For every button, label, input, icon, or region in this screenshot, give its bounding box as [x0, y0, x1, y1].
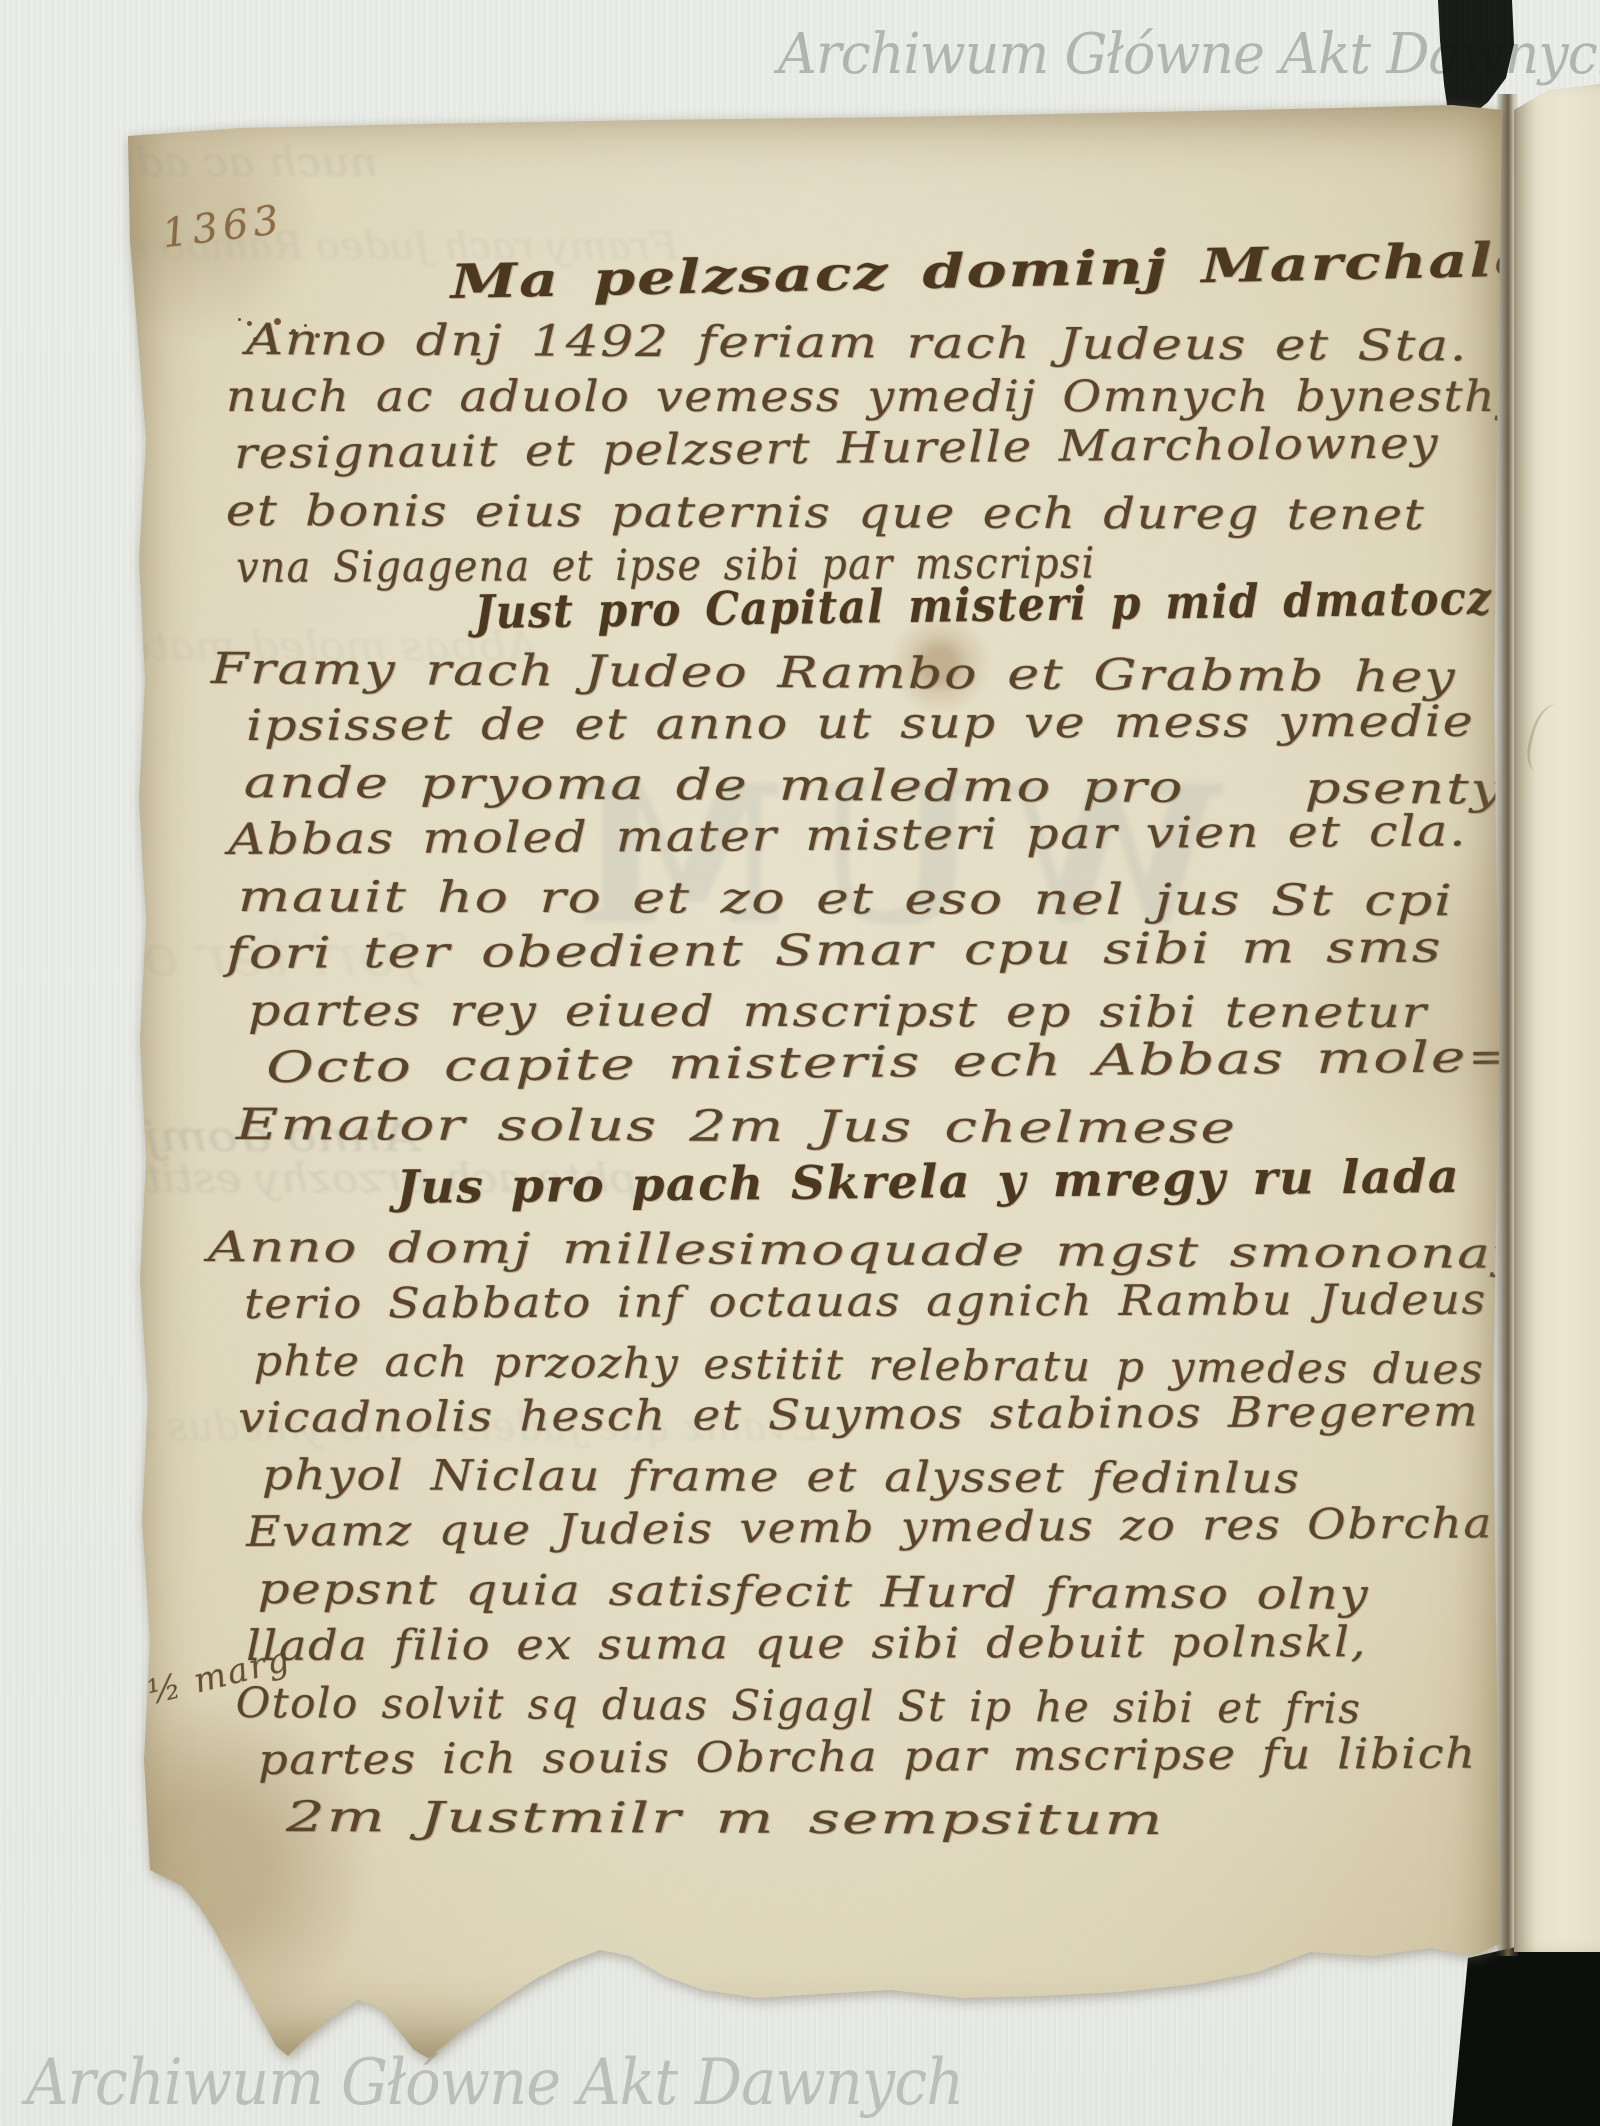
manuscript-line: Jus pro pach Skrela y mregy ru lada — [396, 1149, 1460, 1214]
manuscript-line: Ma pelzsacz dominj Marchalowna — [450, 229, 1600, 310]
bleedthrough-ghost-line: nuch ac aduolo vemess ymedij Omnych byne… — [0, 140, 378, 186]
adjacent-page-edge — [1514, 84, 1600, 1952]
manuscript-line: 2m Justmilr m sempsitum — [286, 1792, 1165, 1844]
manuscript-line: Abbas moled mater misteri par vien et cl… — [228, 806, 1467, 865]
manuscript-line: phte ach przozhy estitit relebratu p yme… — [254, 1336, 1485, 1394]
binding-gutter — [1496, 94, 1518, 1956]
manuscript-line: mauit ho ro et zo et eso nel jus St cpi — [238, 872, 1454, 926]
manuscript-line: resignauit et pelzsert Hurelle Marcholow… — [234, 418, 1439, 479]
manuscript-page: WUM nuch ac aduolo vemess ymedij Omnych … — [118, 104, 1510, 2064]
manuscript-line: partes ich souis Obrcha par mscripse fu … — [258, 1729, 1477, 1784]
manuscript-line: et bonis eius paternis que ech dureg ten… — [226, 486, 1426, 540]
manuscript-line: Framy rach Judeo Rambo et Grabmb hey pm — [211, 644, 1600, 704]
adjacent-page-mark — [1522, 701, 1575, 778]
manuscript-line: Anno dnj 1492 feriam rach Judeus et Sta. — [246, 315, 1468, 371]
manuscript-line: llada filio ex suma que sibi debuit poln… — [246, 1617, 1367, 1670]
manuscript-line: pepsnt quia satisfecit Hurd framso olny — [258, 1564, 1370, 1619]
bottom-watermark: Archiwum Główne Akt Dawnych — [26, 2046, 963, 2120]
folio-number: 1363 — [160, 197, 286, 258]
manuscript-line: nuch ac aduolo vemess ymedij Omnych byne… — [226, 372, 1525, 422]
manuscript-line: vicadnolis hesch et Suymos stabinos Breg… — [238, 1387, 1479, 1442]
manuscript-line: ipsisset de et anno ut sup ve mess ymedi… — [246, 697, 1475, 751]
manuscript-line: phyol Niclau frame et alysset fedinlus — [262, 1450, 1301, 1503]
manuscript-line: Emator solus 2m Jus chelmese — [236, 1100, 1237, 1153]
manuscript-line: terio Sabbato inf octauas agnich Rambu J… — [244, 1275, 1487, 1328]
ink-spatter — [238, 318, 241, 321]
manuscript-line: Octo capite misteris ech Abbas mole= — [266, 1032, 1518, 1093]
manuscript-line: partes rey eiued mscripst ep sibi tenetu… — [248, 986, 1428, 1038]
manuscript-line: Anno domj millesimoquade mgst smononays … — [208, 1222, 1600, 1279]
scan-background: { "scan": { "watermark_top": "Archiwum G… — [0, 0, 1600, 2126]
manuscript-line: Evamz que Judeis vemb ymedus zo res Obrc… — [246, 1498, 1493, 1556]
manuscript-line: Otolo solvit sq duas Sigagl St ip he sib… — [236, 1678, 1362, 1733]
manuscript-line: fori ter obedient Smar cpu sibi m sms — [226, 923, 1443, 979]
book-backing-bottom — [1446, 1936, 1600, 2126]
